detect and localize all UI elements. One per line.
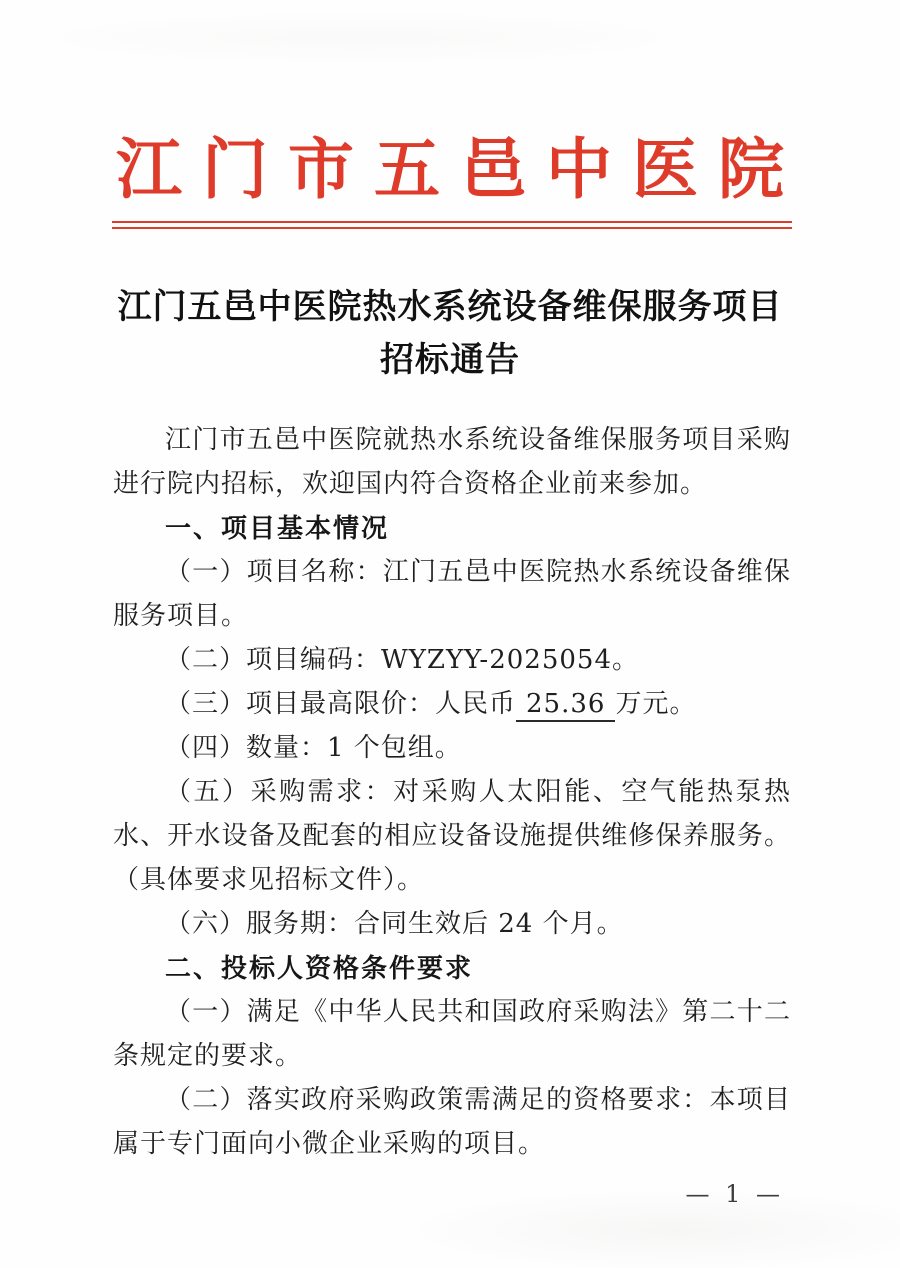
doc-title-line2: 招标通告 <box>0 334 900 387</box>
price-value-underlined: 25.36 <box>516 689 615 722</box>
section-2-item-1: （一）满足《中华人民共和国政府采购法》第二十二条规定的要求。 <box>113 990 791 1078</box>
section-2-item-2: （二）落实政府采购政策需满足的资格要求：本项目属于专门面向小微企业采购的项目。 <box>113 1078 791 1166</box>
price-unit: 万元。 <box>615 689 696 719</box>
document-body: 江门市五邑中医院就热水系统设备维保服务项目采购进行院内招标，欢迎国内符合资格企业… <box>113 418 791 1166</box>
price-label: （三）项目最高限价：人民币 <box>165 689 516 719</box>
section-1-item-5: （五）采购需求：对采购人太阳能、空气能热泵热水、开水设备及配套的相应设备设施提供… <box>113 770 791 902</box>
document-page: 江门市五邑中医院 江门五邑中医院热水系统设备维保服务项目 招标通告 江门市五邑中… <box>0 0 900 1268</box>
section-1-item-2: （二）项目编码：WYZYY-2025054。 <box>113 638 791 682</box>
letterhead-hospital-name: 江门市五邑中医院 <box>0 126 900 212</box>
section-2-heading: 二、投标人资格条件要求 <box>113 946 791 990</box>
section-1-item-1: （一）项目名称：江门五邑中医院热水系统设备维保服务项目。 <box>113 550 791 638</box>
section-1-item-4: （四）数量：1 个包组。 <box>113 726 791 770</box>
doc-title: 江门五邑中医院热水系统设备维保服务项目 招标通告 <box>0 281 900 387</box>
section-1-heading: 一、项目基本情况 <box>113 506 791 550</box>
section-1-item-6: （六）服务期：合同生效后 24 个月。 <box>113 902 791 946</box>
section-1-item-3: （三）项目最高限价：人民币25.36万元。 <box>113 682 791 726</box>
page-number: — 1 — <box>685 1180 784 1208</box>
letterhead-rule <box>112 221 792 229</box>
intro-paragraph: 江门市五邑中医院就热水系统设备维保服务项目采购进行院内招标，欢迎国内符合资格企业… <box>113 418 791 506</box>
doc-title-line1: 江门五邑中医院热水系统设备维保服务项目 <box>0 281 900 334</box>
